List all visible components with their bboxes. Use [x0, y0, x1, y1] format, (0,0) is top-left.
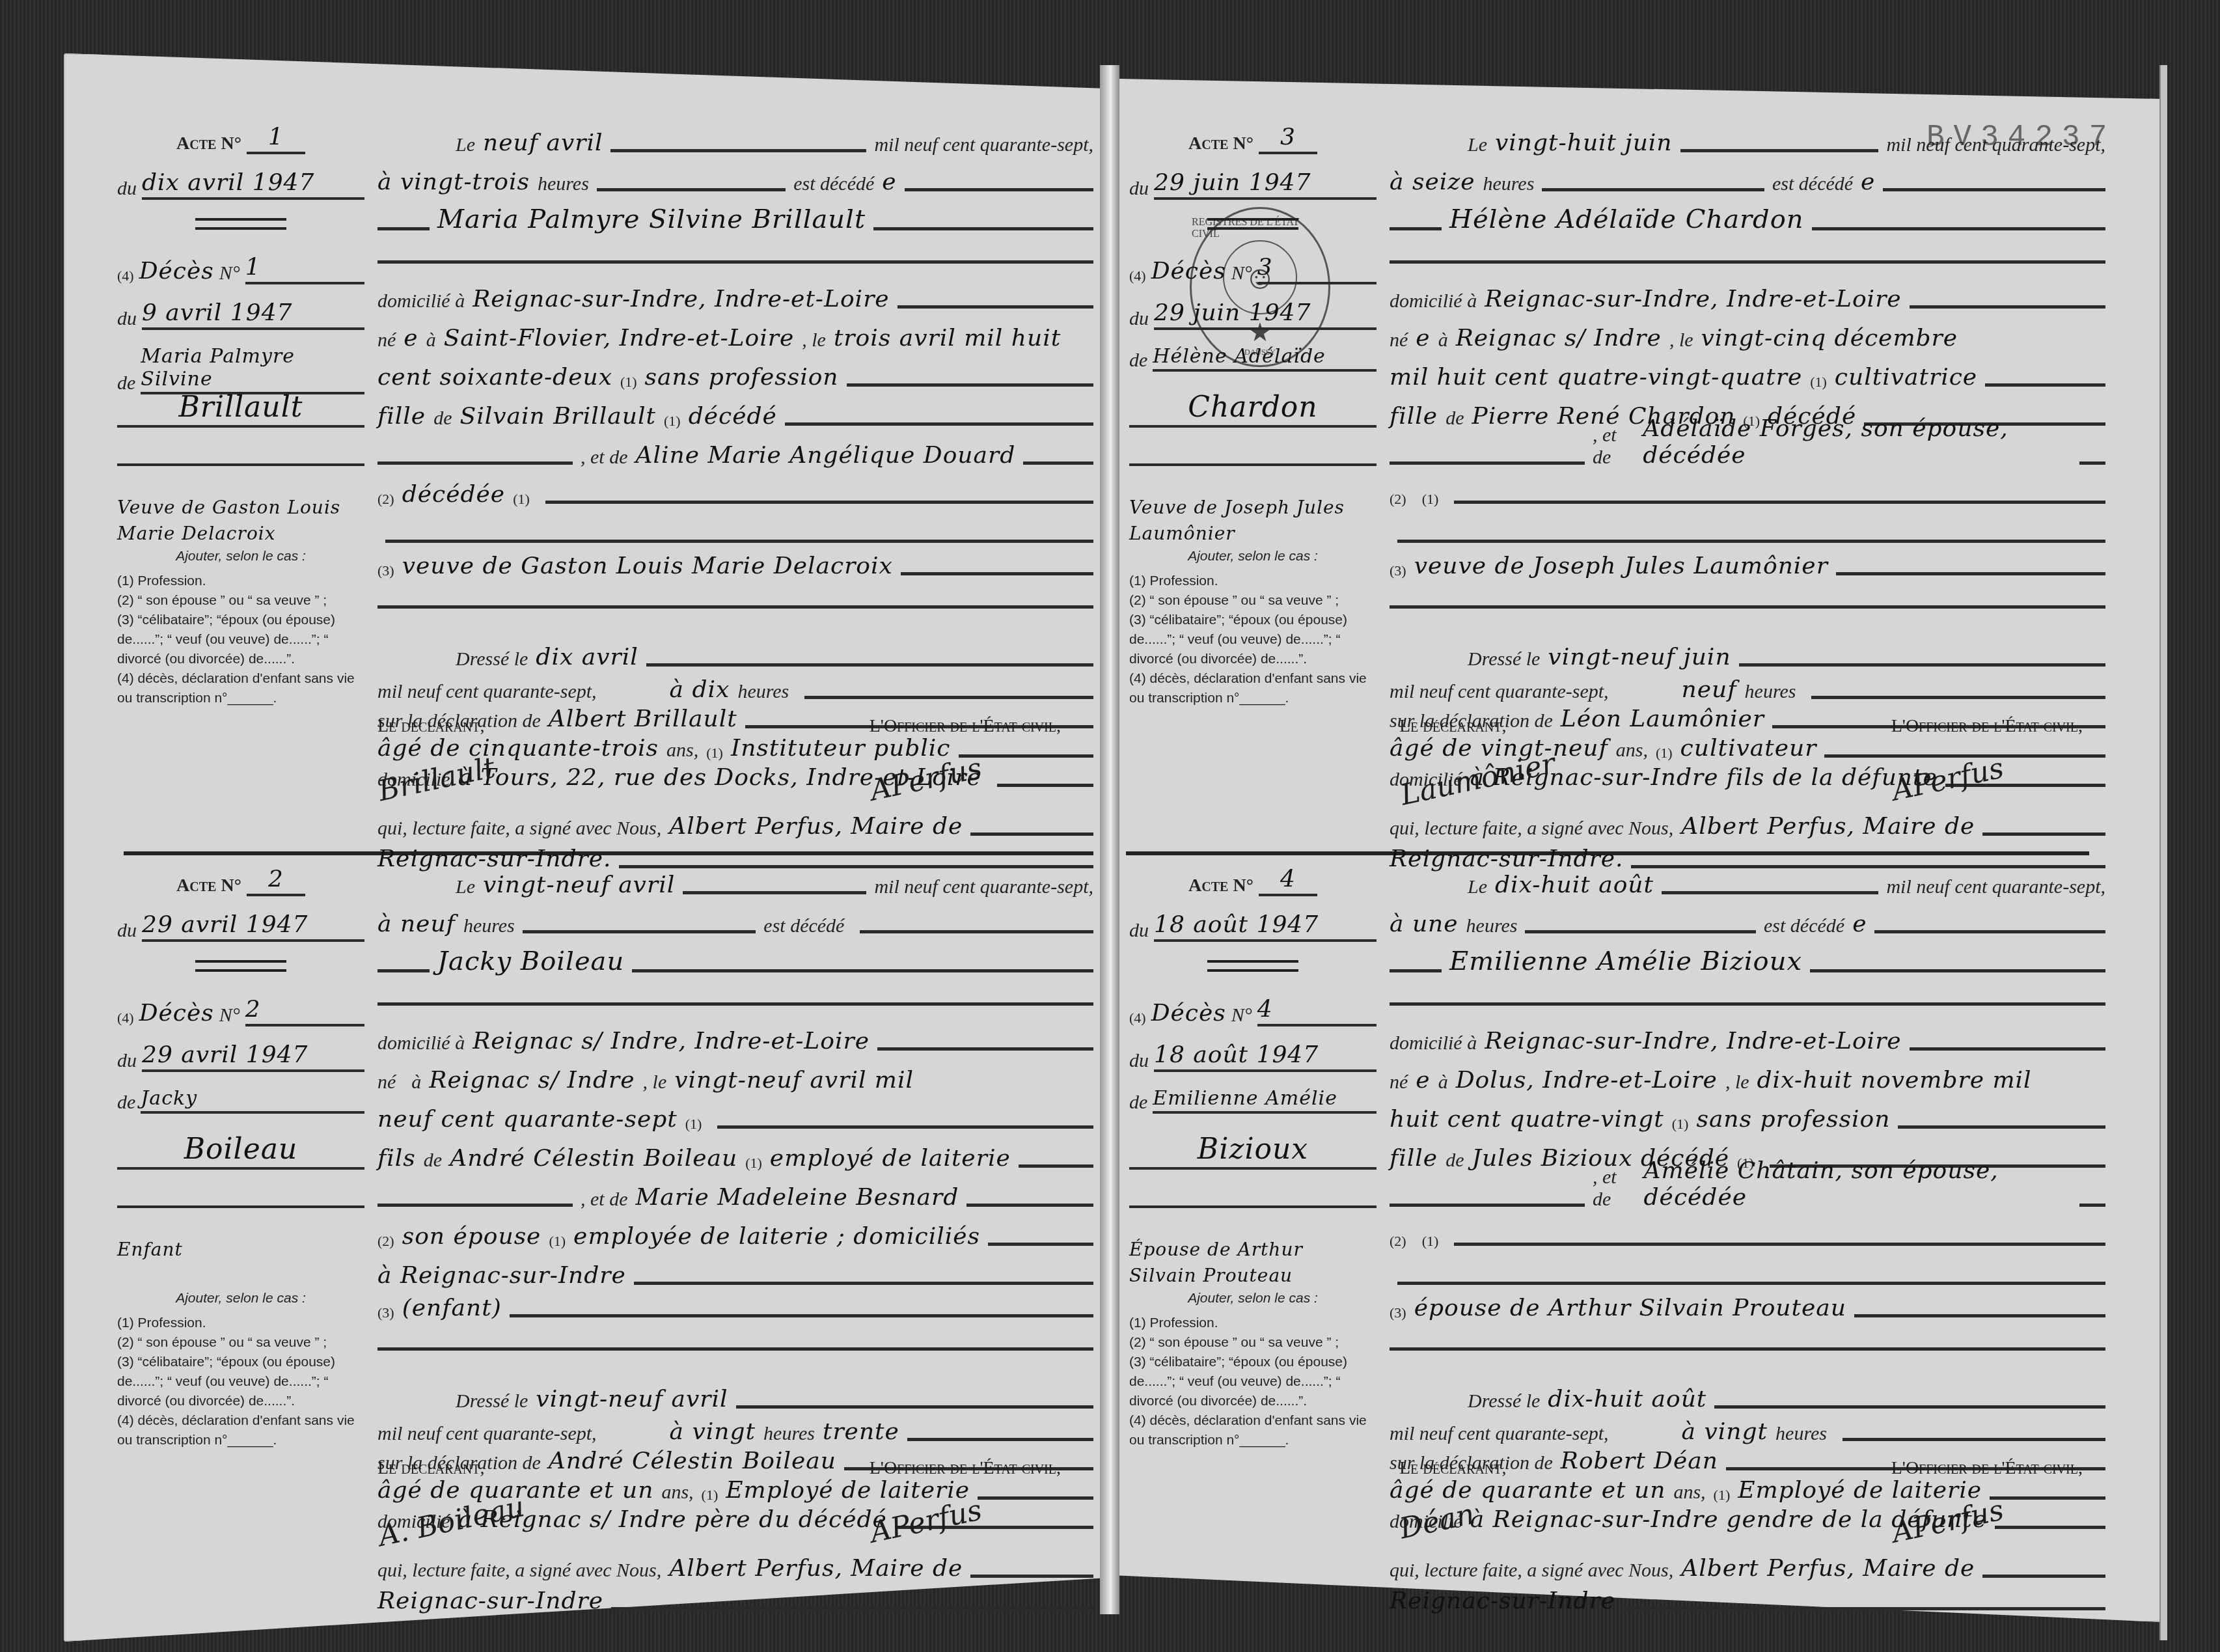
deces-date: 29 avril 1947	[142, 1041, 364, 1072]
margin-civil-status: Veuve de Gaston Louis Marie Delacroix	[117, 495, 364, 547]
footnote-item: (2) “ son épouse ” ou “ sa veuve ” ;	[1129, 591, 1377, 611]
footnote-ref: (2)	[1390, 491, 1406, 508]
gender-suffix: e	[404, 325, 418, 351]
deces-label: Décès	[1151, 1000, 1226, 1026]
est-decede-label: est décédé	[1772, 173, 1853, 195]
deces-given-names: Emilienne Amélie	[1153, 1087, 1377, 1114]
footnote-item: (4) décès, déclaration d'enfant sans vie…	[117, 669, 364, 708]
footnote-ref: (1)	[1422, 1233, 1439, 1250]
footnote-ref: (1)	[1422, 491, 1439, 508]
officer-label: L'Officier de l'État civil,	[870, 1458, 1061, 1479]
father-name: André Célestin Boileau	[450, 1145, 737, 1172]
blank-line	[1129, 462, 1377, 466]
no-label: N°	[219, 262, 240, 284]
blank-line	[1390, 1002, 2105, 1006]
heures-label: heures	[1466, 915, 1518, 937]
mother-name: Marie Madeleine Besnard	[635, 1184, 959, 1211]
acte-number-label: Acte N°	[176, 875, 241, 896]
birthdate-part1: vingt-cinq décembre	[1701, 325, 1958, 351]
footnote-ref: (4)	[117, 1010, 134, 1026]
heures-label: heures	[538, 173, 589, 195]
heures-label: heures	[463, 915, 515, 937]
le-label: Le	[1468, 134, 1487, 156]
a-label: à	[1438, 329, 1448, 351]
deceased-name: Jacky Boileau	[437, 946, 624, 976]
footnote-item: (2) “ son épouse ” ou “ sa veuve ” ;	[117, 591, 364, 611]
acte-margin: Acte N° 4 du 18 août 1947 (4) Décès N° 4…	[1129, 866, 1377, 1601]
mother-relation: décédée	[402, 481, 505, 508]
birthdate-part2: neuf cent quarante-sept	[377, 1106, 678, 1133]
death-hour: à neuf	[377, 911, 456, 937]
et-de-label: , et de	[1593, 1166, 1636, 1211]
blank-line	[377, 260, 1093, 264]
acte-number: 3	[1259, 124, 1317, 154]
du-label: du	[1129, 308, 1149, 330]
officer-label: L'Officier de l'État civil,	[1891, 716, 2083, 737]
signature-block: Le déclarant,A. Boileau L'Officier de l'…	[377, 1458, 1061, 1538]
margin-civil-status: Enfant	[117, 1237, 183, 1263]
year-printed: mil neuf cent quarante-sept,	[874, 134, 1093, 156]
footnote-ref: (1)	[664, 413, 681, 430]
birthplace: Reignac s/ Indre	[1456, 325, 1662, 351]
deceased-profession: sans profession	[1696, 1106, 1890, 1133]
footnote-item: (1) Profession.	[117, 571, 364, 591]
footnote-ref: (1)	[549, 1233, 566, 1250]
domicile-label: domicilié à	[377, 290, 465, 312]
footnotes: Ajouter, selon le cas : (1) Profession. …	[1129, 547, 1377, 708]
year-printed: mil neuf cent quarante-sept,	[1886, 134, 2105, 156]
birthplace: Reignac s/ Indre	[429, 1067, 635, 1094]
footnotes-title: Ajouter, selon le cas :	[1129, 547, 1377, 566]
deces-given-names: Hélène Adélaïde	[1153, 345, 1377, 372]
deceased-name: Emilienne Amélie Bizioux	[1449, 946, 1802, 976]
est-decede-label: est décédé	[1764, 915, 1844, 937]
margin-civil-status: Épouse de Arthur Silvain Prouteau	[1129, 1237, 1377, 1289]
footnote-item: (1) Profession.	[117, 1314, 364, 1333]
footnote-ref: (1)	[745, 1155, 762, 1172]
et-de-label: , et de	[1593, 424, 1635, 469]
le-label: , le	[1669, 329, 1693, 351]
le-label: , le	[643, 1071, 667, 1094]
de-label: de	[1129, 1092, 1147, 1114]
deces-label: Décès	[139, 1000, 214, 1026]
footnote-ref: (4)	[1129, 268, 1146, 284]
et-de-label: , et de	[581, 1189, 627, 1211]
deces-surname: Chardon	[1129, 391, 1377, 428]
blank-line	[377, 1002, 1093, 1006]
officer-line-2: Reignac-sur-Indre	[1390, 1588, 1615, 1614]
footnotes-title: Ajouter, selon le cas :	[117, 1289, 364, 1308]
de-label: de	[1446, 1150, 1464, 1172]
heures-label: heures	[1483, 173, 1534, 195]
book-gutter	[1100, 65, 1119, 1614]
du-label: du	[1129, 920, 1149, 942]
a-label: à	[411, 1071, 421, 1094]
footnotes: Ajouter, selon le cas : (1) Profession. …	[1129, 1289, 1377, 1450]
gender-suffix: e	[1416, 325, 1430, 351]
ne-label: né	[377, 329, 396, 351]
deces-given-names: Jacky	[141, 1087, 364, 1114]
le-label: Le	[456, 134, 475, 156]
year-printed: mil neuf cent quarante-sept,	[874, 876, 1093, 898]
signature-block: Le déclarant,Déan L'Officier de l'État c…	[1399, 1458, 2083, 1538]
double-rule	[1207, 218, 1298, 230]
no-label: N°	[1231, 1004, 1252, 1026]
footnote-item: (3) “célibataire”; “époux (ou épouse) de…	[117, 1353, 364, 1411]
deces-number: 4	[1257, 996, 1377, 1026]
footnote-ref: (2)	[377, 1233, 394, 1250]
blank-line	[1390, 260, 2105, 264]
birthdate-part2: huit cent quatre-vingt	[1390, 1106, 1664, 1133]
civil-status: veuve de Gaston Louis Marie Delacroix	[402, 553, 893, 579]
de-label: de	[1129, 350, 1147, 372]
death-hour: à vingt-trois	[377, 169, 530, 195]
deceased-profession: sans profession	[645, 364, 839, 391]
acte-margin: Acte N° 1 du dix avril 1947 (4) Décès N°…	[117, 124, 364, 859]
double-rule	[1207, 960, 1298, 972]
gender-suffix: e	[1416, 1067, 1430, 1094]
deces-number: 2	[245, 996, 364, 1026]
officer-line-2: Reignac-sur-Indre	[377, 1588, 603, 1614]
footnote-item: (4) décès, déclaration d'enfant sans vie…	[1129, 669, 1377, 708]
birthplace: Saint-Flovier, Indre-et-Loire	[444, 325, 795, 351]
est-decede-label: est décédé	[793, 173, 874, 195]
gender-suffix: e	[882, 169, 896, 195]
deces-date: 9 avril 1947	[142, 299, 364, 330]
birthdate-part1: trois avril mil huit	[834, 325, 1061, 351]
est-decede-label: est décédé	[763, 915, 844, 937]
acte-number-label: Acte N°	[176, 133, 241, 154]
blank-line	[1129, 1204, 1377, 1208]
birthdate-part2: cent soixante-deux	[377, 364, 612, 391]
domicile-label: domicilié à	[1390, 290, 1477, 312]
footnote-item: (4) décès, déclaration d'enfant sans vie…	[1129, 1411, 1377, 1450]
footnote-ref: (1)	[620, 374, 637, 391]
declarant-label: Le déclarant,	[377, 716, 496, 737]
birthdate-part2: mil huit cent quatre-vingt-quatre	[1390, 364, 1802, 391]
a-label: à	[426, 329, 436, 351]
year-printed: mil neuf cent quarante-sept,	[1886, 876, 2105, 898]
acte-date: 18 août 1947	[1154, 911, 1377, 942]
de-label: de	[117, 1092, 135, 1114]
deceased-domicile: Reignac-sur-Indre, Indre-et-Loire	[473, 286, 890, 312]
deceased-domicile: Reignac-sur-Indre, Indre-et-Loire	[1485, 286, 1902, 312]
page-edge	[2159, 65, 2167, 1640]
du-label: du	[1129, 178, 1149, 200]
blank-line	[1390, 605, 2105, 609]
child-of-label: fille	[1390, 403, 1438, 430]
a-label: à	[1438, 1071, 1448, 1094]
et-de-label: , et de	[581, 447, 627, 469]
father-name: Silvain Brillault	[460, 403, 656, 430]
mother-name: Aline Marie Angélique Douard	[635, 442, 1015, 469]
acte-number-label: Acte N°	[1188, 133, 1254, 154]
mother-name: Adélaïde Forges, son épouse, décédée	[1643, 415, 2072, 469]
footnotes-title: Ajouter, selon le cas :	[1129, 1289, 1377, 1308]
no-label: N°	[219, 1004, 240, 1026]
deces-label: Décès	[1151, 258, 1226, 284]
footnote-item: (1) Profession.	[1129, 1314, 1377, 1333]
footnotes: Ajouter, selon le cas : (1) Profession. …	[117, 547, 364, 708]
blank-line	[117, 1204, 364, 1208]
footnote-ref: (4)	[1129, 1010, 1146, 1026]
death-date: neuf avril	[483, 130, 603, 156]
father-status: employé de laiterie	[770, 1145, 1011, 1172]
deces-number: 3	[1257, 254, 1377, 284]
death-date: vingt-neuf avril	[483, 872, 675, 898]
blank-line	[117, 462, 364, 466]
deceased-domicile: Reignac-sur-Indre, Indre-et-Loire	[1485, 1028, 1902, 1054]
de-label: de	[433, 407, 452, 430]
deces-surname: Boileau	[117, 1133, 364, 1170]
du-label: du	[117, 178, 137, 200]
footnote-ref: (3)	[377, 1304, 394, 1321]
signature-block: Le déclarant,Brillault L'Officier de l'É…	[377, 716, 1061, 796]
civil-status: veuve de Joseph Jules Laumônier	[1414, 553, 1828, 579]
footnote-item: (2) “ son épouse ” ou “ sa veuve ” ;	[1129, 1333, 1377, 1353]
deceased-domicile: Reignac s/ Indre, Indre-et-Loire	[473, 1028, 870, 1054]
footnote-ref: (1)	[685, 1116, 702, 1133]
mother-name: Amélie Châtain, son épouse, décédée	[1644, 1157, 2072, 1211]
le-label: , le	[802, 329, 826, 351]
death-hour: à seize	[1390, 169, 1475, 195]
gender-suffix: e	[1861, 169, 1875, 195]
de-label: de	[1446, 407, 1464, 430]
acte-date: 29 juin 1947	[1154, 169, 1377, 200]
footnote-item: (3) “célibataire”; “époux (ou épouse) de…	[1129, 611, 1377, 669]
margin-civil-status: Veuve de Joseph Jules Laumônier	[1129, 495, 1377, 547]
acte-number: 1	[247, 124, 305, 154]
child-of-label: fille	[1390, 1145, 1438, 1172]
footnote-item: (2) “ son épouse ” ou “ sa veuve ” ;	[117, 1333, 364, 1353]
acte-margin: Acte N° 3 du 29 juin 1947 (4) Décès N° 3…	[1129, 124, 1377, 859]
footnote-item: (1) Profession.	[1129, 571, 1377, 591]
father-status: décédé	[689, 403, 777, 430]
double-rule	[195, 218, 286, 230]
ne-label: né	[1390, 329, 1408, 351]
du-label: du	[117, 1050, 137, 1072]
le-label: Le	[1468, 876, 1487, 898]
mother-profession: employée de laiterie ; domiciliés	[573, 1223, 980, 1250]
birthdate-part1: vingt-neuf avril mil	[674, 1067, 914, 1094]
footnotes-title: Ajouter, selon le cas :	[117, 547, 364, 566]
death-hour: à une	[1390, 911, 1459, 937]
footnote-ref: (1)	[1810, 374, 1827, 391]
le-label: , le	[1725, 1071, 1749, 1094]
footnote-ref: (2)	[377, 491, 394, 508]
declarant-label: Le déclarant,	[1399, 716, 1556, 737]
du-label: du	[1129, 1050, 1149, 1072]
birthplace: Dolus, Indre-et-Loire	[1456, 1067, 1718, 1094]
deces-date: 18 août 1947	[1154, 1041, 1377, 1072]
civil-status: épouse de Arthur Silvain Prouteau	[1414, 1295, 1846, 1321]
deceased-profession: cultivatrice	[1835, 364, 1977, 391]
acte-date: 29 avril 1947	[142, 911, 364, 942]
footnote-item: (4) décès, déclaration d'enfant sans vie…	[117, 1411, 364, 1450]
footnote-item: (3) “célibataire”; “époux (ou épouse) de…	[1129, 1353, 1377, 1411]
acte-date: dix avril 1947	[142, 169, 364, 200]
le-label: Le	[456, 876, 475, 898]
footnote-ref: (1)	[513, 491, 530, 508]
gender-suffix: e	[1852, 911, 1867, 937]
civil-status: (enfant)	[402, 1295, 502, 1321]
deceased-name: Hélène Adélaïde Chardon	[1449, 204, 1804, 234]
footnote-ref: (3)	[1390, 1304, 1406, 1321]
domicile-label: domicilié à	[377, 1032, 465, 1054]
child-of-label: fils	[377, 1145, 416, 1172]
no-label: N°	[1231, 262, 1252, 284]
du-label: du	[117, 920, 137, 942]
footnote-ref: (1)	[1672, 1116, 1689, 1133]
deces-given-names: Maria Palmyre Silvine	[141, 345, 364, 394]
double-rule	[195, 960, 286, 972]
acte-margin: Acte N° 2 du 29 avril 1947 (4) Décès N° …	[117, 866, 364, 1601]
footnote-ref: (3)	[377, 562, 394, 579]
footnote-item: (3) “célibataire”; “époux (ou épouse) de…	[117, 611, 364, 669]
declarant-label: Le déclarant,	[1399, 1458, 1506, 1479]
deces-surname: Bizioux	[1129, 1133, 1377, 1170]
child-of-label: fille	[377, 403, 426, 430]
officer-label: L'Officier de l'État civil,	[870, 716, 1061, 737]
death-date: dix-huit août	[1495, 872, 1654, 898]
deces-surname: Brillault	[117, 391, 364, 428]
birthdate-part1: dix-huit novembre mil	[1757, 1067, 2032, 1094]
deces-number: 1	[245, 254, 364, 284]
acte-number: 4	[1259, 866, 1317, 896]
footnote-ref: (4)	[117, 268, 134, 284]
du-label: du	[117, 308, 137, 330]
domicile-label: domicilié à	[1390, 1032, 1477, 1054]
acte-number-label: Acte N°	[1188, 875, 1254, 896]
declarant-label: Le déclarant,	[377, 1458, 525, 1479]
ne-label: né	[377, 1071, 396, 1094]
ne-label: né	[1390, 1071, 1408, 1094]
blank-line	[1390, 1347, 2105, 1351]
acte-number: 2	[247, 866, 305, 896]
footnote-ref: (2)	[1390, 1233, 1406, 1250]
death-date: vingt-huit juin	[1495, 130, 1673, 156]
officer-label: L'Officier de l'État civil,	[1891, 1458, 2083, 1479]
deces-label: Décès	[139, 258, 214, 284]
footnotes: Ajouter, selon le cas : (1) Profession. …	[117, 1289, 364, 1450]
blank-line	[377, 1347, 1093, 1351]
blank-line	[377, 605, 1093, 609]
signature-block: Le déclarant,Laumônier L'Officier de l'É…	[1399, 716, 2083, 796]
mother-relation: son épouse	[402, 1223, 541, 1250]
footnote-ref: (3)	[1390, 562, 1406, 579]
deces-date: 29 juin 1947	[1154, 299, 1377, 330]
deceased-name: Maria Palmyre Silvine Brillault	[437, 204, 866, 234]
de-label: de	[424, 1150, 442, 1172]
